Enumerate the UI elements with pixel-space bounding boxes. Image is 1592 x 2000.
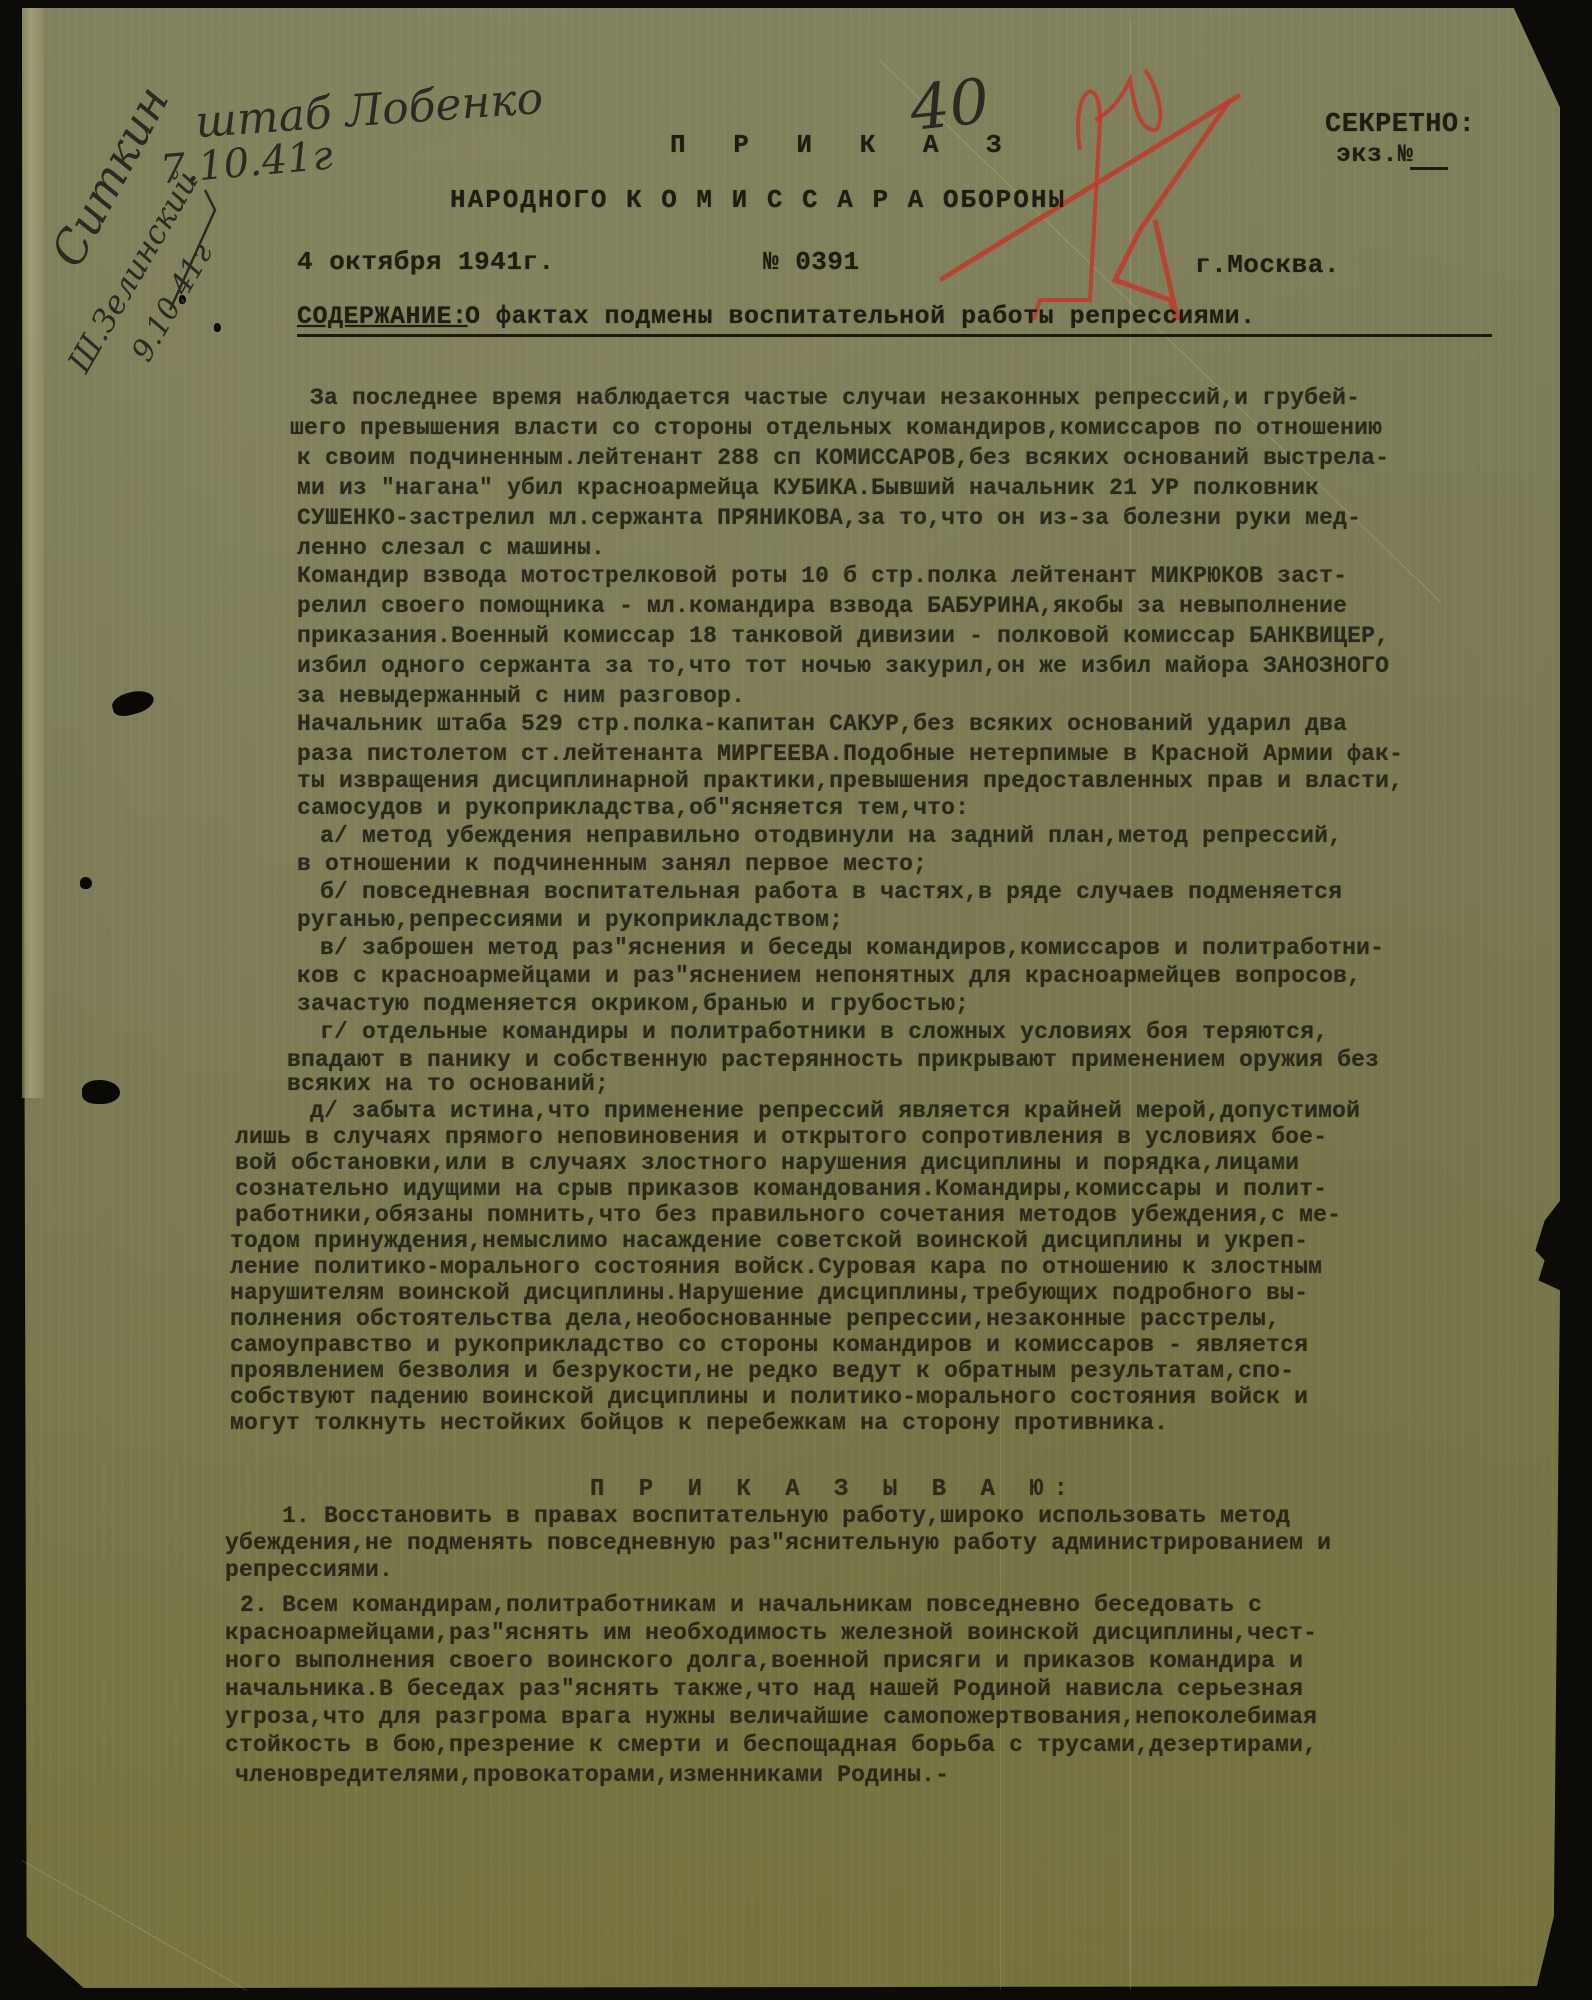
- body-line: ми из "нагана" убил красноармейца КУБИКА…: [297, 475, 1319, 501]
- body-line: сознательно идущими на срыв приказов ком…: [235, 1176, 1327, 1202]
- body-line: впадают в панику и собственную растерянн…: [287, 1047, 1379, 1073]
- subject-label: СОДЕРЖАНИЕ:: [297, 302, 468, 331]
- body-line: в отношении к подчиненным занял первое м…: [297, 851, 927, 877]
- body-line: приказания.Военный комиссар 18 танковой …: [297, 623, 1389, 649]
- body-line: ленно слезал с машины.: [297, 535, 605, 561]
- body-line: лишь в случаях прямого неповиновения и о…: [235, 1124, 1327, 1150]
- order-line: членовредителями,провокаторами,изменника…: [235, 1762, 949, 1788]
- document-subtitle: НАРОДНОГО К О М И С С А Р А ОБОРОНЫ: [450, 185, 1066, 215]
- order-heading: П Р И К А З Ы В А Ю:: [590, 1476, 1078, 1503]
- body-line: всяких на то оснований;: [287, 1071, 609, 1097]
- pencil-stroke-icon: [100, 180, 220, 330]
- body-line: ление политико-морального состояния войс…: [230, 1254, 1322, 1280]
- copy-number-blank: [1410, 167, 1448, 170]
- order-line: ного выполнения своего воинского долга,в…: [225, 1648, 1303, 1674]
- body-line: а/ метод убеждения неправильно отодвинул…: [320, 823, 1342, 849]
- body-line: б/ повседневная воспитательная работа в …: [320, 879, 1342, 905]
- order-line: убеждения,не подменять повседневную раз"…: [225, 1530, 1331, 1556]
- body-line: СУШЕНКО-застрелил мл.сержанта ПРЯНИКОВА,…: [297, 505, 1361, 531]
- order-line: красноармейцами,раз"яснять им необходимо…: [225, 1620, 1317, 1646]
- body-line: вой обстановки,или в случаях злостного н…: [235, 1150, 1299, 1176]
- body-line: нарушителям воинской дисциплины.Нарушени…: [230, 1280, 1308, 1306]
- body-line: проявлением безволия и безрукости,не ред…: [230, 1358, 1294, 1384]
- subject-text: О фактах подмены воспитательной работы р…: [465, 302, 1256, 331]
- body-line: шего превышения власти со стороны отдель…: [290, 415, 1382, 441]
- body-line: полнения обстоятельства дела,необоснован…: [230, 1306, 1280, 1332]
- document-title: П Р И К А З: [670, 130, 1018, 160]
- body-line: могут толкнуть нестойких бойцов к перебе…: [230, 1410, 1168, 1436]
- classification-label: СЕКРЕТНО:: [1325, 110, 1475, 140]
- body-line: Командир взвода мотострелковой роты 10 б…: [297, 563, 1347, 589]
- body-line: ты извращения дисциплинарной практики,пр…: [297, 768, 1403, 794]
- body-line: избил одного сержанта за то,что тот ночь…: [297, 653, 1389, 679]
- paper-edge-strip: [22, 8, 44, 1098]
- body-line: За последнее время наблюдается частые сл…: [310, 385, 1360, 411]
- punch-hole: [80, 877, 92, 889]
- order-line: 2. Всем командирам,политработникам и нач…: [240, 1592, 1262, 1618]
- body-line: Начальник штаба 529 стр.полка-капитан СА…: [297, 711, 1347, 737]
- body-line: за невыдержанный с ним разговор.: [297, 683, 745, 709]
- body-line: в/ заброшен метод раз"яснения и беседы к…: [320, 935, 1384, 961]
- body-line: раза пистолетом ст.лейтенанта МИРГЕЕВА.П…: [297, 741, 1403, 767]
- body-line: руганью,репрессиями и рукоприкладством;: [297, 907, 843, 933]
- order-line: репрессиями.: [225, 1557, 393, 1583]
- body-line: ков с красноармейцами и раз"яснением неп…: [297, 963, 1361, 989]
- document-place: г.Москва.: [1195, 250, 1340, 280]
- document-number: № 0391: [763, 247, 860, 277]
- body-line: работники,обязаны помнить,что без правил…: [235, 1202, 1341, 1228]
- order-line: угроза,что для разгрома врага нужны вели…: [225, 1704, 1317, 1730]
- body-line: тодом принуждения,немыслимо насаждение с…: [230, 1228, 1308, 1254]
- body-line: собствуют падению воинской дисциплины и …: [230, 1384, 1308, 1410]
- document-date: 4 октября 1941г.: [297, 247, 555, 277]
- body-line: г/ отдельные командиры и политработники …: [320, 1019, 1328, 1045]
- order-line: 1. Восстановить в правах воспитательную …: [282, 1503, 1290, 1529]
- body-line: зачастую подменяется окриком,бранью и гр…: [297, 991, 969, 1017]
- body-line: к своим подчиненным.лейтенант 288 сп КОМ…: [297, 445, 1389, 471]
- body-line: д/ забыта истина,что применение репресси…: [310, 1098, 1360, 1124]
- header-divider: [297, 334, 1492, 337]
- body-line: самосудов и рукоприкладства,об"ясняется …: [297, 795, 969, 821]
- order-line: стойкость в бою,презрение к смерти и бес…: [225, 1732, 1317, 1758]
- copy-number-label: экз.№: [1336, 140, 1414, 169]
- body-line: релил своего помощника - мл.командира вз…: [297, 593, 1347, 619]
- order-line: начальника.В беседах раз"яснять также,чт…: [225, 1676, 1303, 1702]
- body-line: самоуправство и рукоприкладство со сторо…: [230, 1332, 1308, 1358]
- punch-hole: [82, 1080, 120, 1104]
